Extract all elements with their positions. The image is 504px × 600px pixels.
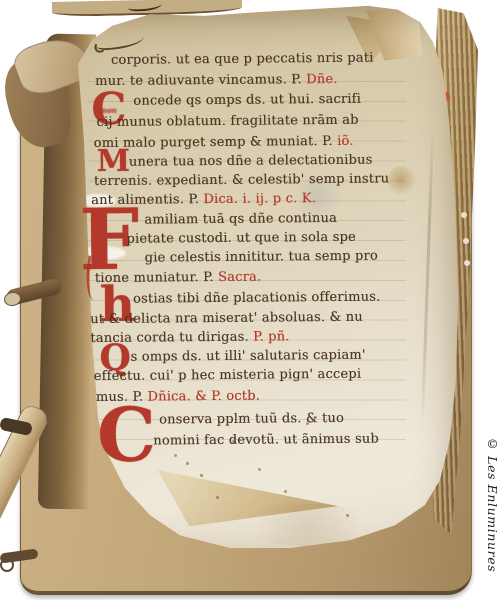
manuscript-line: ut & delicta nra miserat' absoluas. & nu [90, 309, 363, 328]
latin-text: amiliam tuã qs dñe continua [144, 211, 337, 228]
latin-text: corporis. ut ea que p peccatis nris pati [111, 51, 374, 68]
rubric-text: Dñe. [306, 72, 338, 87]
manuscript-photo: Canon M F h Q C corporis. ut ea que p pe… [0, 0, 504, 600]
manuscript-line: s omps ds. ut illi' salutaris capiam' [130, 347, 365, 366]
manuscript-line: gie celestis innititur. tua semp pro [145, 248, 378, 267]
rubric-text: Sacra. [218, 270, 261, 285]
manuscript-line: nomini fac devotũ. ut ãnimus sub [153, 431, 379, 450]
text-block: Canon M F h Q C corporis. ut ea que p pe… [0, 0, 504, 600]
manuscript-line: terrenis. expediant. & celestib' semp in… [94, 170, 389, 190]
latin-text: mur. te adiuvante vincamus. P. [95, 72, 306, 89]
latin-text: nomini fac devotũ. ut ãnimus sub [153, 432, 379, 449]
latin-text: mus. P. [96, 390, 148, 405]
latin-text: onserva pplm tuũ ds. & tuo [159, 411, 344, 428]
manuscript-line: onserva pplm tuũ ds. & tuo [159, 410, 344, 429]
latin-text: omi malo purget semp & muniat. P. [94, 134, 338, 151]
rubric-text: iõ. [337, 134, 354, 149]
manuscript-line: ostias tibi dñe placationis offerimus. [133, 289, 381, 308]
watermark-credit: © Les Enluminures [485, 436, 500, 598]
latin-text: ant alimentis. P. [91, 192, 203, 208]
latin-text: tione muniatur. P. [95, 270, 218, 286]
latin-text: ut & delicta nra miserat' absoluas. & nu [90, 310, 363, 327]
rubric-text: Dñica. & P. octb. [147, 389, 260, 405]
guide-letter-note: anon [97, 108, 116, 114]
latin-text: unera tua nos dñe a delectationibus [129, 153, 373, 170]
manuscript-line: mus. P. Dñica. & P. octb. [96, 388, 260, 406]
manuscript-line: cij munus oblatum. fragilitate nrām ab [96, 112, 358, 131]
latin-text: pietate custodi. ut que in sola spe [126, 230, 356, 247]
manuscript-line: amiliam tuã qs dñe continua [144, 210, 337, 229]
rubric-text: Dica. i. ij. p c. K. [203, 191, 316, 207]
latin-text: effectu. cui' p hec misteria pign' accep… [94, 367, 362, 384]
manuscript-line: pietate custodi. ut que in sola spe [126, 229, 356, 248]
latin-text: oncede qs omps ds. ut hui. sacrifi [133, 92, 361, 109]
latin-text: cij munus oblatum. fragilitate nrām ab [96, 113, 358, 130]
manuscript-line: omi malo purget semp & muniat. P. iõ. [94, 133, 354, 152]
manuscript-line: tione muniatur. P. Sacra. [95, 269, 262, 287]
manuscript-line: ant alimentis. P. Dica. i. ij. p c. K. [91, 190, 316, 209]
manuscript-line: tancia corda tu dirigas. P. pñ. [90, 328, 289, 347]
latin-text: ostias tibi dñe placationis offerimus. [133, 290, 380, 307]
manuscript-line: corporis. ut ea que p peccatis nris pati [111, 50, 374, 69]
rubric-text: P. pñ. [253, 329, 290, 344]
manuscript-line: unera tua nos dñe a delectationibus [129, 152, 373, 171]
manuscript-line: mur. te adiuvante vincamus. P. Dñe. [95, 71, 338, 90]
illuminated-initial-c2: C [97, 406, 156, 467]
illuminated-initial-m: M [97, 150, 130, 175]
latin-text: s omps ds. ut illi' salutaris capiam' [130, 348, 365, 365]
manuscript-line: oncede qs omps ds. ut hui. sacrifi [133, 91, 361, 110]
latin-text: gie celestis innititur. tua semp pro [145, 249, 378, 266]
latin-text: tancia corda tu dirigas. [90, 330, 253, 346]
latin-text: terrenis. expediant. & celestib' semp in… [94, 171, 389, 189]
manuscript-line: effectu. cui' p hec misteria pign' accep… [94, 366, 362, 385]
